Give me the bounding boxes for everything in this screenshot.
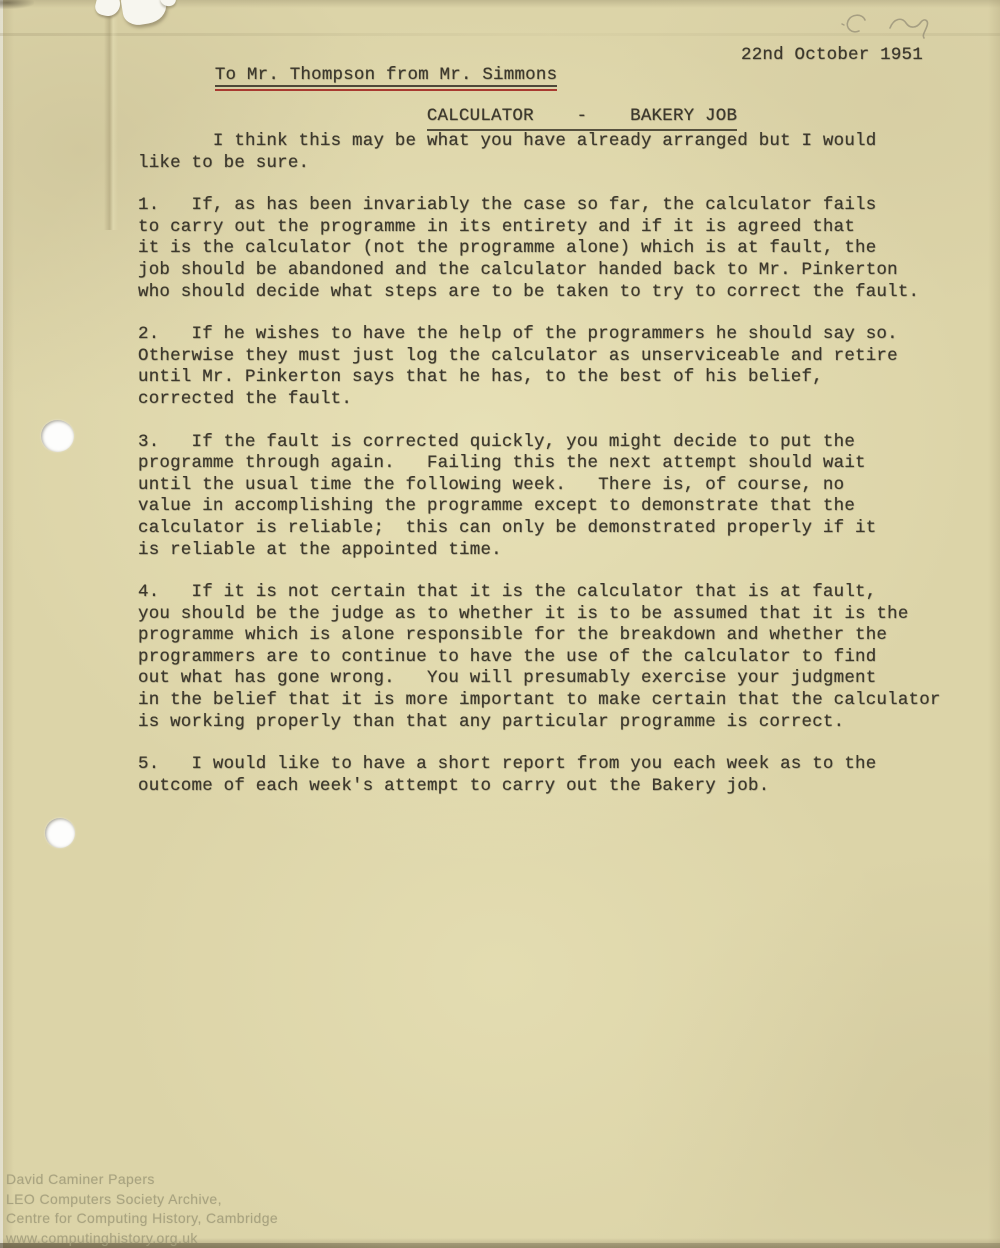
watermark-line: LEO Computers Society Archive, (6, 1190, 278, 1210)
scanned-memo-screenshot: To Mr. Thompson from Mr. Simmons 22nd Oc… (0, 0, 1000, 1248)
memo-paragraph-2: 2. If he wishes to have the help of the … (138, 324, 983, 410)
watermark-line: David Caminer Papers (6, 1170, 278, 1190)
memo-title-text: CALCULATOR - BAKERY JOB (427, 106, 737, 131)
memo-paragraph-5: 5. I would like to have a short report f… (138, 754, 983, 797)
punch-hole-top (41, 420, 74, 452)
memo-body: I think this may be what you have alread… (138, 131, 983, 818)
paper-smudge (0, 0, 34, 9)
archive-watermark: David Caminer Papers LEO Computers Socie… (6, 1170, 278, 1248)
memo-recipient-line: To Mr. Thompson from Mr. Simmons (215, 65, 557, 87)
punch-hole-bottom (45, 818, 75, 848)
memo-paragraph-4: 4. If it is not certain that it is the c… (138, 582, 983, 733)
paper-edge-highlight (0, 0, 3, 1248)
memo-date: 22nd October 1951 (741, 45, 923, 65)
memo-paragraph-3: 3. If the fault is corrected quickly, yo… (138, 432, 983, 562)
watermark-line: Centre for Computing History, Cambridge (6, 1209, 278, 1229)
watermark-line: www.computinghistory.org.uk (6, 1229, 278, 1248)
memo-intro-paragraph: I think this may be what you have alread… (138, 131, 983, 174)
memo-paragraph-1: 1. If, as has been invariably the case s… (138, 195, 983, 303)
paper-crease-vertical (104, 0, 118, 230)
